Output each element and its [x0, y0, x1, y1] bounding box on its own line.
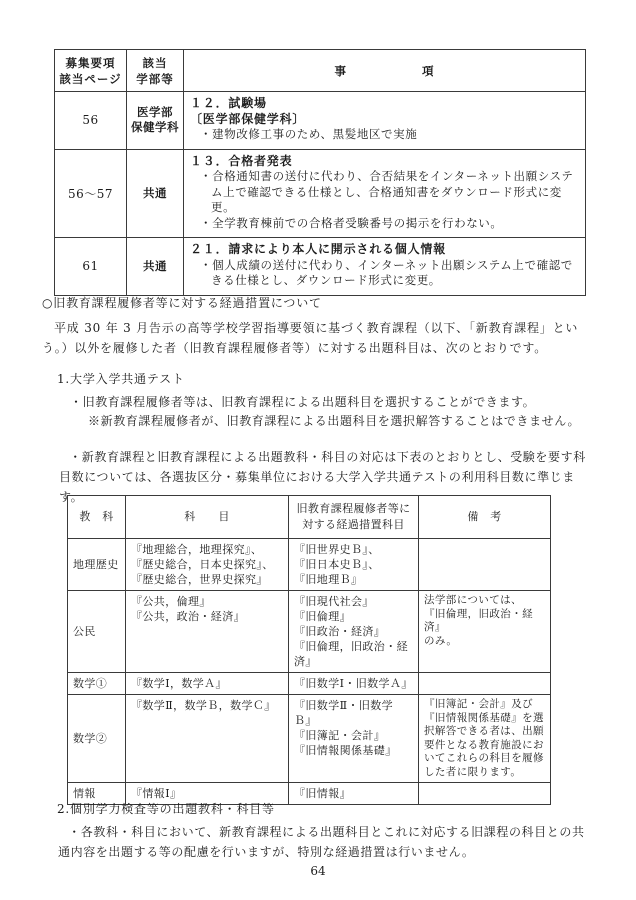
- list1-bullet: ・旧教育課程履修者等は、旧教育課程による出題科目を選択することができます。: [70, 392, 590, 412]
- list1-note: ※新教育課程履修者が、旧教育課程による出題科目を選択解答することはできません。: [88, 411, 588, 431]
- subject-math1: 数学①: [68, 673, 126, 695]
- section-heading: ○旧教育課程履修者等に対する経過措置について: [42, 294, 322, 311]
- row3-pages: 61: [55, 238, 127, 296]
- courses-cell: 『地理総合，地理探究』、 『歴史総合，日本史探究』、 『歴史総合，世界史探究』: [126, 539, 289, 591]
- remarks-cell: [419, 673, 551, 695]
- table-row: 地理歴史 『地理総合，地理探究』、 『歴史総合，日本史探究』、 『歴史総合，世界…: [68, 539, 551, 591]
- table-row: 数学② 『数学Ⅱ，数学Ｂ，数学Ｃ』 『旧数学Ⅱ・旧数学Ｂ』 『旧簿記・会計』 『…: [68, 695, 551, 783]
- item-bullet: ・合格通知書の送付に代わり、合否結果をインターネット出願システム上で確認できる仕…: [190, 169, 579, 216]
- header-remarks: 備 考: [419, 496, 551, 539]
- remarks-cell: [419, 539, 551, 591]
- header-faculty: 該当 学部等: [127, 50, 184, 92]
- transitional-cell: 『旧情報』: [289, 783, 419, 805]
- item-title: １３．合格者発表: [190, 154, 579, 170]
- transitional-cell: 『旧現代社会』 『旧倫理』 『旧政治・経済』 『旧倫理，旧政治・経済』: [289, 591, 419, 673]
- transitional-cell: 『旧数学Ⅱ・旧数学Ｂ』 『旧簿記・会計』 『旧情報関係基礎』: [289, 695, 419, 783]
- list1-title: 1.大学入学共通テスト: [57, 370, 185, 387]
- row2-pages: 56～57: [55, 149, 127, 238]
- transitional-cell: 『旧世界史Ｂ』、 『旧日本史Ｂ』、 『旧地理Ｂ』: [289, 539, 419, 591]
- row3-faculty: 共通: [127, 238, 184, 296]
- transitional-cell: 『旧数学Ⅰ・旧数学Ａ』: [289, 673, 419, 695]
- changes-table: 募集要項 該当ページ 該当 学部等 事 項 56 医学部 保健学科 １２．試験場…: [54, 49, 586, 296]
- row3-item: ２１．請求により本人に開示される個人情報 ・個人成績の送付に代わり、インターネッ…: [184, 238, 586, 296]
- remarks-cell: 法学部については、 『旧倫理，旧政治・経済』 のみ。: [419, 591, 551, 673]
- list2-title: 2.個別学力検査等の出題教科・科目等: [57, 800, 275, 817]
- item-bullet: ・建物改修工事のため、黒髪地区で実施: [190, 127, 579, 143]
- header-transitional: 旧教育課程履修者等に 対する経過措置科目: [289, 496, 419, 539]
- subjects-table-header-row: 教 科 科 目 旧教育課程履修者等に 対する経過措置科目 備 考: [68, 496, 551, 539]
- document-page: 募集要項 該当ページ 該当 学部等 事 項 56 医学部 保健学科 １２．試験場…: [0, 0, 636, 900]
- header-subject: 教 科: [68, 496, 126, 539]
- changes-table-header-row: 募集要項 該当ページ 該当 学部等 事 項: [55, 50, 586, 92]
- item-title: ２１．請求により本人に開示される個人情報: [190, 242, 579, 258]
- courses-cell: 『数学Ⅰ，数学Ａ』: [126, 673, 289, 695]
- subjects-table: 教 科 科 目 旧教育課程履修者等に 対する経過措置科目 備 考 地理歴史 『地…: [67, 495, 551, 805]
- table-row: 56 医学部 保健学科 １２．試験場 〔医学部保健学科〕 ・建物改修工事のため、…: [55, 92, 586, 150]
- item-bullet: ・全学教育棟前での合格者受験番号の掲示を行わない。: [190, 216, 579, 232]
- row2-item: １３．合格者発表 ・合格通知書の送付に代わり、合否結果をインターネット出願システ…: [184, 149, 586, 238]
- table-row: 数学① 『数学Ⅰ，数学Ａ』 『旧数学Ⅰ・旧数学Ａ』: [68, 673, 551, 695]
- item-title: １２．試験場: [190, 96, 579, 112]
- row1-pages: 56: [55, 92, 127, 150]
- row1-faculty: 医学部 保健学科: [127, 92, 184, 150]
- remarks-cell: [419, 783, 551, 805]
- item-subtitle: 〔医学部保健学科〕: [190, 112, 579, 128]
- subject-math2: 数学②: [68, 695, 126, 783]
- row2-faculty: 共通: [127, 149, 184, 238]
- section-intro-paragraph: 平成 30 年 3 月告示の高等学校学習指導要領に基づく教育課程（以下、「新教育…: [42, 318, 594, 358]
- table-row: 56～57 共通 １３．合格者発表 ・合格通知書の送付に代わり、合否結果をインタ…: [55, 149, 586, 238]
- row1-item: １２．試験場 〔医学部保健学科〕 ・建物改修工事のため、黒髪地区で実施: [184, 92, 586, 150]
- subject-civics: 公民: [68, 591, 126, 673]
- header-item: 事 項: [184, 50, 586, 92]
- header-courses: 科 目: [126, 496, 289, 539]
- courses-cell: 『公共，倫理』 『公共，政治・経済』: [126, 591, 289, 673]
- header-guideline-pages: 募集要項 該当ページ: [55, 50, 127, 92]
- table-row: 61 共通 ２１．請求により本人に開示される個人情報 ・個人成績の送付に代わり、…: [55, 238, 586, 296]
- item-bullet: ・個人成績の送付に代わり、インターネット出願システム上で確認できる仕様とし、ダウ…: [190, 258, 579, 289]
- subject-geography-history: 地理歴史: [68, 539, 126, 591]
- courses-cell: 『数学Ⅱ，数学Ｂ，数学Ｃ』: [126, 695, 289, 783]
- table-row: 公民 『公共，倫理』 『公共，政治・経済』 『旧現代社会』 『旧倫理』 『旧政治…: [68, 591, 551, 673]
- remarks-cell: 『旧簿記・会計』及び『旧情報関係基礎』を選択解答できる者は、出願要件となる教育施…: [419, 695, 551, 783]
- page-number: 64: [0, 864, 636, 878]
- list2-bullet: ・各教科・科目において、新教育課程による出題科目とこれに対応する旧課程の科目との…: [58, 822, 594, 862]
